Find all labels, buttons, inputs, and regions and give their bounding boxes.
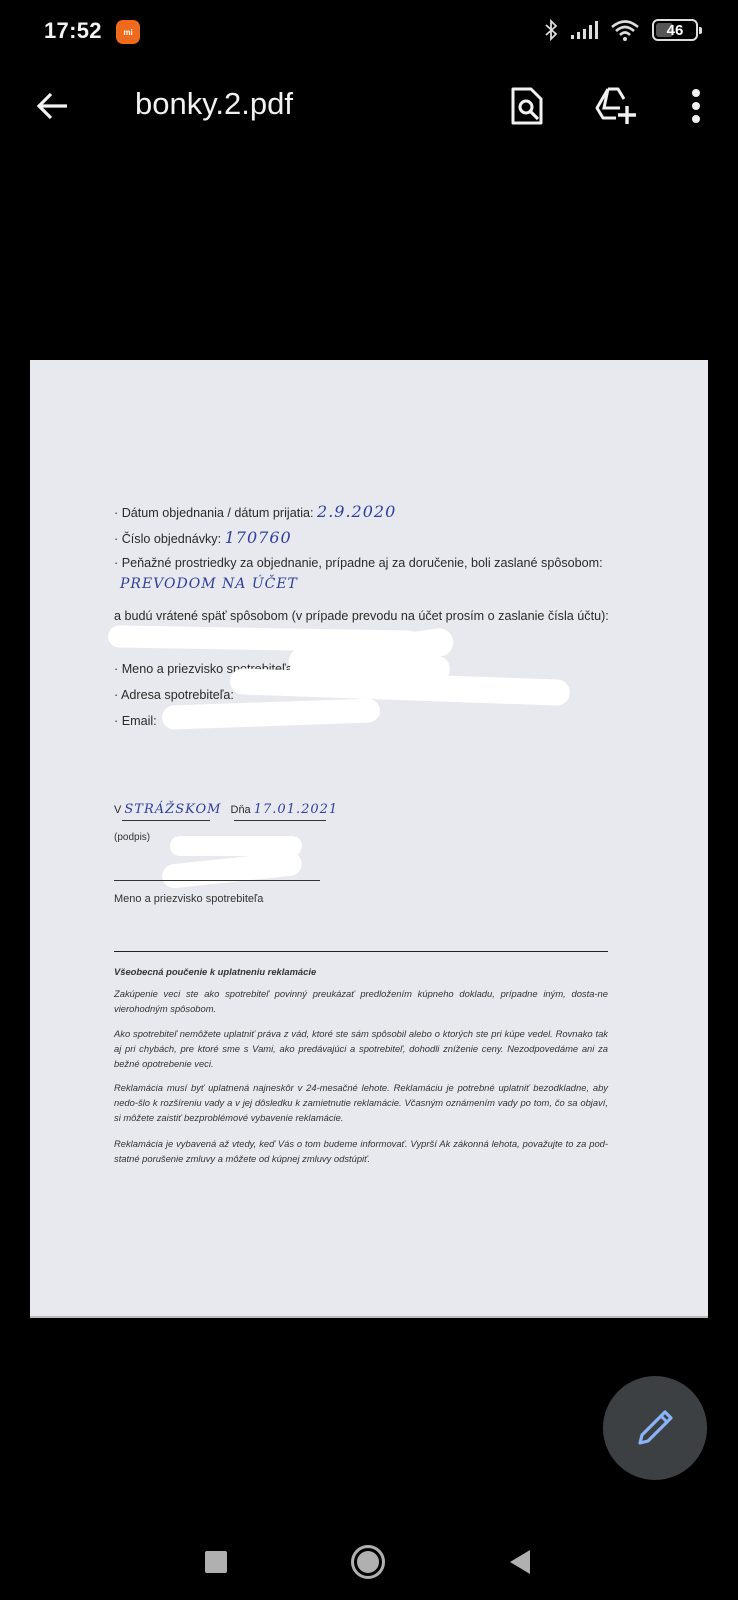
back-button[interactable] [30, 84, 74, 128]
document-title: bonky.2.pdf [135, 86, 293, 122]
wifi-icon [610, 19, 640, 41]
pdf-page[interactable]: · Dátum objednania / dátum prijatia: 2.9… [30, 360, 708, 1318]
order-number-row: · Číslo objednávky: 170760 [114, 528, 292, 547]
app-bar: bonky.2.pdf [0, 70, 738, 140]
redaction [162, 698, 381, 730]
edit-fab[interactable] [603, 1376, 707, 1480]
bluetooth-icon [544, 18, 558, 42]
notice-paragraph: Reklamácia je vybavená až vtedy, keď Vás… [114, 1136, 608, 1166]
arrow-left-icon [35, 91, 69, 121]
mi-app-notification-icon: mi [116, 20, 140, 44]
refund-label: a budú vrátené späť spôsobom (v prípade … [114, 609, 609, 623]
signer-label: Meno a priezvisko spotrebiteľa [114, 893, 263, 905]
system-nav-bar [0, 1520, 738, 1600]
section-divider [114, 951, 608, 952]
signal-icon [570, 20, 598, 40]
recents-button[interactable] [194, 1540, 238, 1584]
status-icons: 46 [544, 18, 698, 42]
date-prefix: Dňa [231, 804, 251, 816]
order-date-label: · Dátum objednania / dátum prijatia: [114, 506, 314, 520]
notice-paragraph: Ako spotrebiteľ nemôžete uplatniť práva … [114, 1026, 608, 1071]
redaction [230, 668, 571, 706]
notice-paragraph: Zakúpenie veci ste ako spotrebiteľ povin… [114, 986, 608, 1016]
email-label: · Email: [114, 714, 157, 728]
order-number-label: · Číslo objednávky: [114, 532, 221, 546]
edit-pencil-icon [635, 1408, 675, 1448]
add-to-drive-icon [594, 86, 638, 126]
order-number-value: 170760 [225, 528, 292, 547]
add-to-drive-button[interactable] [592, 82, 640, 130]
place-underline [122, 820, 210, 821]
status-time: 17:52 [44, 18, 102, 44]
find-in-document-button[interactable] [503, 82, 551, 130]
signature-line [114, 880, 320, 881]
address-label: · Adresa spotrebiteľa: [114, 688, 234, 702]
redaction [161, 851, 303, 890]
payment-method-label: · Peňažné prostriedky za objednanie, prí… [114, 556, 603, 570]
order-date-row: · Dátum objednania / dátum prijatia: 2.9… [114, 502, 396, 521]
battery-icon: 46 [652, 19, 698, 41]
place-date-row: V STRÁŽSKOM Dňa 17.01.2021 [114, 802, 338, 817]
home-circle-icon [350, 1544, 386, 1580]
signature-label: (podpis) [114, 832, 150, 843]
date-underline [234, 820, 326, 821]
recents-square-icon [204, 1550, 228, 1574]
order-date-value: 2.9.2020 [317, 502, 396, 521]
date-value: 17.01.2021 [254, 802, 338, 817]
place-prefix: V [114, 804, 121, 816]
find-in-document-icon [510, 86, 544, 126]
back-nav-button[interactable] [498, 1540, 542, 1584]
place-value: STRÁŽSKOM [124, 802, 221, 817]
notice-title: Všeobecná poučenie k uplatneniu reklamác… [114, 964, 608, 979]
notice-paragraph: Reklamácia musí byť uplatnená najneskôr … [114, 1080, 608, 1125]
status-bar: 17:52 mi 46 [0, 0, 738, 64]
back-triangle-icon [508, 1549, 532, 1575]
battery-level: 46 [667, 22, 684, 39]
home-button[interactable] [346, 1540, 390, 1584]
payment-method-value: PREVODOM NA ÚČET [120, 576, 298, 592]
more-options-button[interactable] [672, 82, 720, 130]
more-vert-icon [690, 88, 702, 124]
